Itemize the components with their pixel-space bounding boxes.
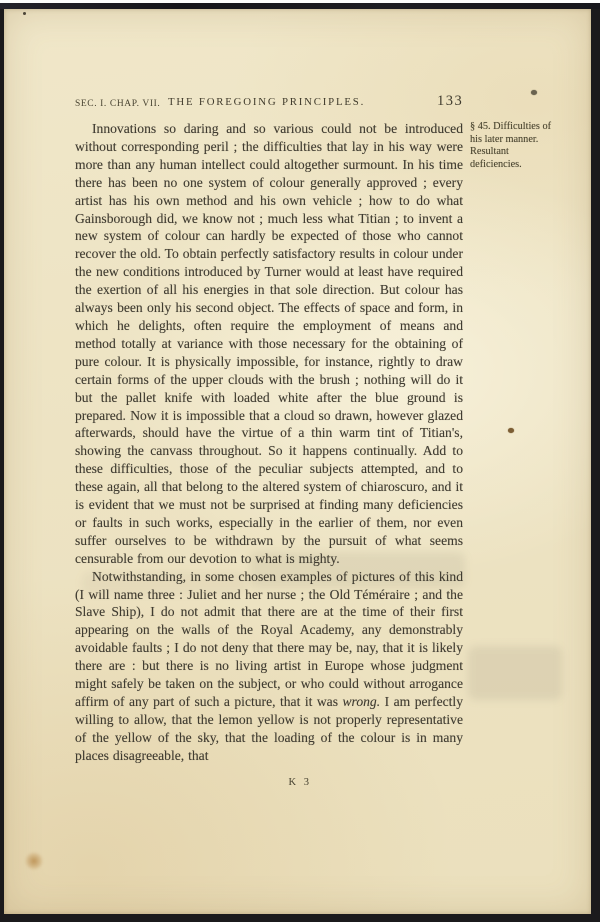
paragraph-second-text: Notwithstanding, in some chosen examples… [75, 569, 463, 709]
ink-speck [531, 90, 537, 95]
ink-speck [508, 428, 514, 433]
body-text-column: Innovations so daring and so various cou… [75, 120, 463, 765]
paragraph-second: Notwithstanding, in some chosen examples… [75, 568, 463, 765]
header-section-label: SEC. I. CHAP. VII. [75, 99, 160, 109]
signature-mark: K 3 [0, 777, 600, 788]
paper-stain [24, 852, 44, 870]
header-running-title: THE FOREGOING PRINCIPLES. [168, 96, 365, 108]
paragraph-first: Innovations so daring and so various cou… [75, 120, 463, 568]
italic-word: wrong. [342, 694, 380, 709]
header-page-number: 133 [437, 93, 463, 110]
scanned-book-page: SEC. I. CHAP. VII. THE FOREGOING PRINCIP… [0, 0, 600, 922]
margin-note: § 45. Difficulties of his later manner. … [470, 121, 560, 171]
ink-speck [23, 12, 26, 15]
bleedthrough-smudge [468, 646, 562, 700]
